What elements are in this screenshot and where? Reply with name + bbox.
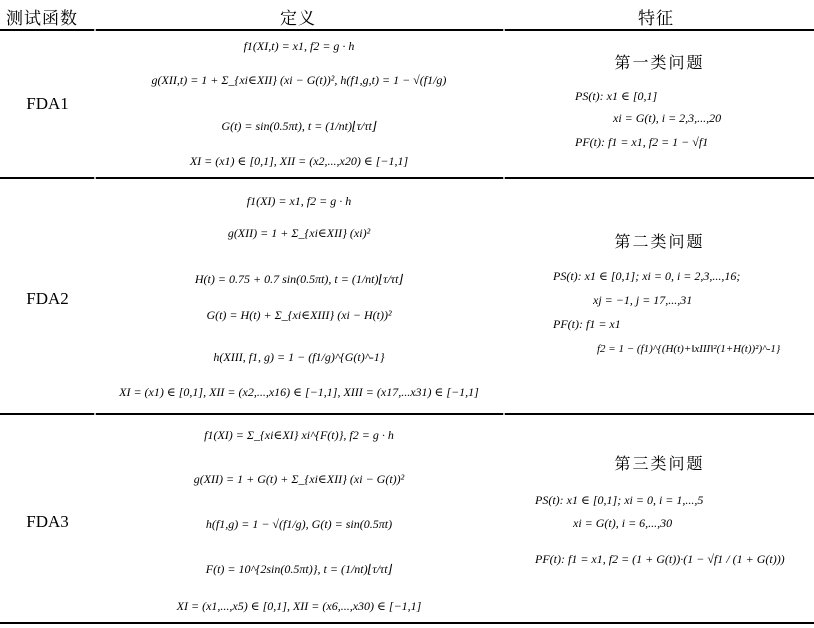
fda1-feature-2: xi = G(t), i = 2,3,...,20 <box>613 110 721 126</box>
fda1-def-2: g(XII,t) = 1 + Σ_{xi∈XII} (xi − G(t))², … <box>95 72 503 88</box>
fda3-feature-3: PF(t): f1 = x1, f2 = (1 + G(t))·(1 − √f1… <box>535 551 785 567</box>
row-fda3-name: FDA3 <box>0 512 95 532</box>
row-fda1-features: 第一类问题 PS(t): x1 ∈ [0,1] xi = G(t), i = 2… <box>505 30 814 178</box>
fda2-def-6: XI = (x1) ∈ [0,1], XII = (x2,...,x16) ∈ … <box>95 384 503 400</box>
fda3-def-1: f1(XI) = Σ_{xi∈XI} xi^{F(t)}, f2 = g · h <box>95 427 503 443</box>
fda3-def-4: F(t) = 10^{2sin(0.5πt)}, t = (1/nt)⌊τ/τt… <box>95 561 503 577</box>
fda2-feature-1: PS(t): x1 ∈ [0,1]; xi = 0, i = 2,3,...,1… <box>553 268 740 284</box>
fda3-def-5: XI = (x1,...,x5) ∈ [0,1], XII = (x6,...,… <box>95 598 503 614</box>
header-definition: 定义 <box>280 4 316 29</box>
row-fda1-name: FDA1 <box>0 94 95 114</box>
fda2-def-4: G(t) = H(t) + Σ_{xi∈XIII} (xi − H(t))² <box>95 307 503 323</box>
fda1-def-4: XI = (x1) ∈ [0,1], XII = (x2,...,x20) ∈ … <box>95 153 503 169</box>
row-fda2-definitions: f1(XI) = x1, f2 = g · h g(XII) = 1 + Σ_{… <box>95 179 503 413</box>
fda2-def-5: h(XIII, f1, g) = 1 − (f1/g)^{G(t)^-1} <box>95 349 503 365</box>
fda2-def-1: f1(XI) = x1, f2 = g · h <box>95 193 503 209</box>
fda3-feature-title: 第三类问题 <box>505 451 814 474</box>
fda2-feature-2: xj = −1, j = 17,...,31 <box>593 292 692 308</box>
fda2-def-2: g(XII) = 1 + Σ_{xi∈XII} (xi)² <box>95 225 503 241</box>
row-fda2-name: FDA2 <box>0 289 95 309</box>
bottom-rule <box>0 622 814 624</box>
fda1-def-3: G(t) = sin(0.5πt), t = (1/nt)⌊τ/τt⌋ <box>95 118 503 134</box>
row-fda2-features: 第二类问题 PS(t): x1 ∈ [0,1]; xi = 0, i = 2,3… <box>505 179 814 413</box>
fda1-def-1: f1(XI,t) = x1, f2 = g · h <box>95 38 503 54</box>
fda1-feature-title: 第一类问题 <box>505 50 814 73</box>
fda3-def-2: g(XII) = 1 + G(t) + Σ_{xi∈XII} (xi − G(t… <box>95 471 503 487</box>
fda1-feature-3: PF(t): f1 = x1, f2 = 1 − √f1 <box>575 134 708 150</box>
fda3-feature-2: xi = G(t), i = 6,...,30 <box>573 515 672 531</box>
fda1-feature-1: PS(t): x1 ∈ [0,1] <box>575 88 657 104</box>
fda2-feature-title: 第二类问题 <box>505 229 814 252</box>
row-fda1-definitions: f1(XI,t) = x1, f2 = g · h g(XII,t) = 1 +… <box>95 30 503 178</box>
header-feature: 特征 <box>638 4 674 29</box>
fda2-feature-4: f2 = 1 − (f1)^{(H(t)+‖xIII‖²(1+H(t))²)^-… <box>597 341 780 357</box>
header-test-function: 测试函数 <box>6 4 78 29</box>
fda3-feature-1: PS(t): x1 ∈ [0,1]; xi = 0, i = 1,...,5 <box>535 492 703 508</box>
fda2-feature-3: PF(t): f1 = x1 <box>553 316 621 332</box>
row-fda3-definitions: f1(XI) = Σ_{xi∈XI} xi^{F(t)}, f2 = g · h… <box>95 415 503 623</box>
fda2-def-3: H(t) = 0.75 + 0.7 sin(0.5πt), t = (1/nt)… <box>95 271 503 287</box>
row-fda3-features: 第三类问题 PS(t): x1 ∈ [0,1]; xi = 0, i = 1,.… <box>505 415 814 623</box>
fda3-def-3: h(f1,g) = 1 − √(f1/g), G(t) = sin(0.5πt) <box>95 516 503 532</box>
